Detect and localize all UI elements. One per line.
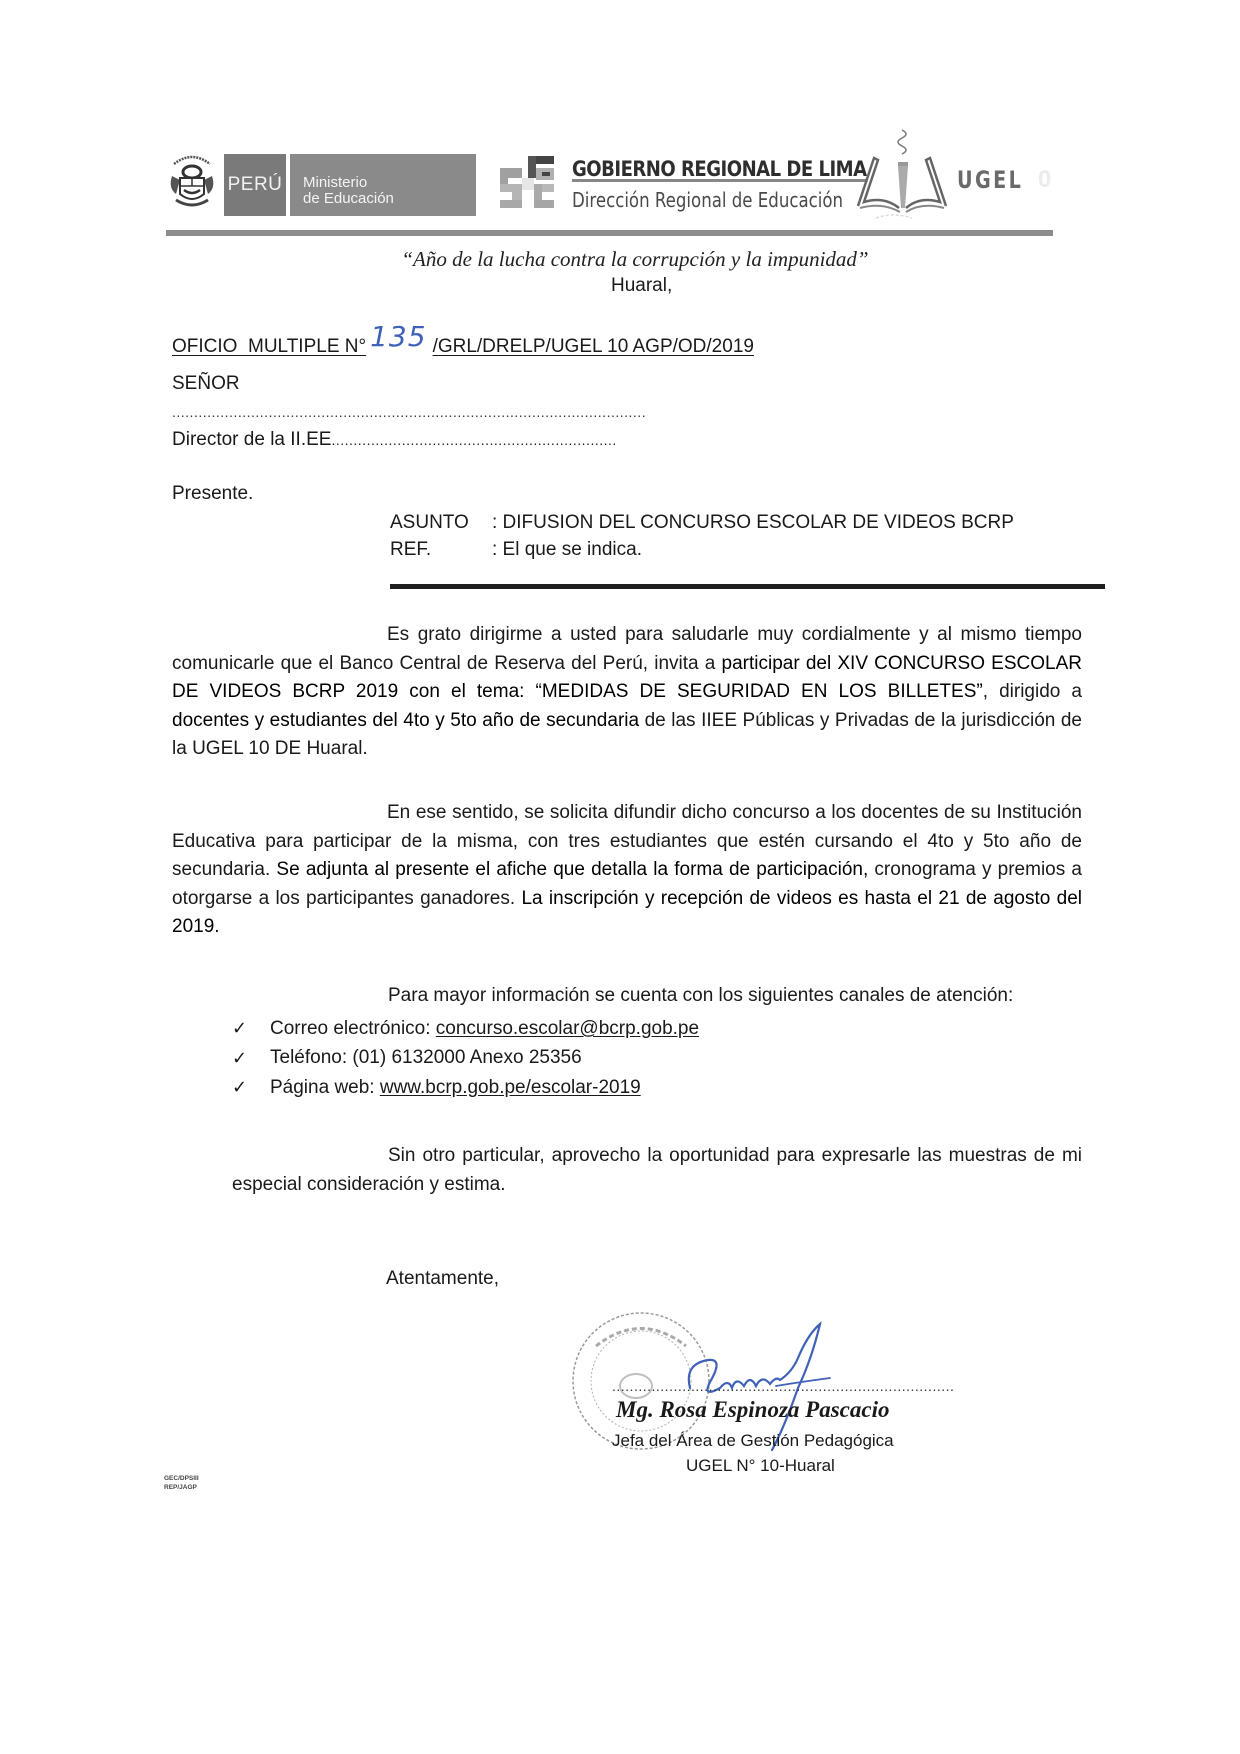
presente: Presente.	[172, 483, 253, 505]
signature-line: ........................................…	[612, 1378, 954, 1394]
initials-line-1: GEC/DPSIII	[164, 1474, 199, 1483]
paragraph-invitation: Es grato dirigirme a usted para saludarl…	[172, 621, 1082, 764]
ugel-wordmark: UGEL	[957, 166, 1023, 194]
contact-item-phone: ✓ Teléfono: (01) 6132000 Anexo 25356	[232, 1044, 699, 1074]
contact-label: Teléfono:	[270, 1047, 352, 1069]
reference-label: REF.	[390, 539, 431, 561]
check-icon: ✓	[232, 1048, 270, 1069]
check-icon: ✓	[232, 1077, 270, 1098]
paragraph-emphasis: docentes y estudiantes del 4to y 5to año…	[172, 710, 639, 731]
reference-value: : El que se indica.	[492, 539, 642, 561]
contact-channels-list: ✓ Correo electrónico: concurso.escolar@b…	[232, 1014, 699, 1103]
paragraph-emphasis: Se adjunta al presente el afiche que det…	[276, 859, 868, 880]
signatory-unit: UGEL N° 10-Huaral	[686, 1456, 835, 1476]
ministry-line-1: Ministerio	[303, 175, 476, 191]
recipient-role: Director de la II.EE....................…	[172, 429, 617, 451]
place-and-date: Huaral,	[611, 275, 672, 297]
ministry-line-2: de Educación	[303, 191, 476, 207]
recipient-name-blank: ........................................…	[172, 404, 646, 420]
ministry-brand-block: Ministerio de Educación	[290, 154, 476, 216]
header-divider	[166, 230, 1053, 236]
recipient-role-blank: ........................................…	[331, 432, 616, 448]
contact-label: Correo electrónico:	[270, 1018, 436, 1040]
paragraph-request: En ese sentido, se solicita difundir dic…	[172, 799, 1082, 942]
paragraph-farewell: Sin otro particular, aprovecho la oportu…	[232, 1142, 1082, 1199]
peru-brand-block: PERÚ	[224, 154, 286, 216]
paragraph-contact-intro: Para mayor información se cuenta con los…	[388, 985, 1013, 1007]
subject-label: ASUNTO	[390, 512, 469, 534]
ugel-number-faint: 0	[1038, 166, 1051, 194]
email-link[interactable]: concurso.escolar@bcrp.gob.pe	[436, 1018, 699, 1040]
contact-item-email: ✓ Correo electrónico: concurso.escolar@b…	[232, 1014, 699, 1044]
check-icon: ✓	[232, 1018, 270, 1039]
peru-label: PERÚ	[228, 174, 283, 196]
peru-coat-of-arms-logo	[166, 150, 218, 212]
ugel-book-torch-logo	[854, 126, 954, 226]
signatory-name: Mg. Rosa Espinoza Pascacio	[616, 1397, 889, 1423]
paragraph-text: , dirigido a	[983, 681, 1082, 702]
contact-item-website: ✓ Página web: www.bcrp.gob.pe/escolar-20…	[232, 1073, 699, 1103]
subject-divider	[390, 584, 1105, 589]
subject-value: : DIFUSION DEL CONCURSO ESCOLAR DE VIDEO…	[492, 512, 1014, 534]
website-link[interactable]: www.bcrp.gob.pe/escolar-2019	[380, 1077, 641, 1099]
reference-initials: GEC/DPSIII REP/JAGP	[164, 1474, 199, 1492]
oficio-prefix: OFICIO MULTIPLE N°	[172, 336, 366, 357]
recipient-salutation: SEÑOR	[172, 373, 240, 395]
oficio-reference: OFICIO MULTIPLE N°135/GRL/DRELP/UGEL 10 …	[172, 326, 754, 359]
oficio-suffix: /GRL/DRELP/UGEL 10 AGP/OD/2019	[433, 336, 754, 357]
closing-salutation: Atentamente,	[386, 1268, 499, 1290]
signatory-title: Jefa del Área de Gestión Pedagógica	[612, 1431, 894, 1451]
recipient-role-label: Director de la II.EE	[172, 429, 331, 450]
regional-government-title: GOBIERNO REGIONAL DE LIMA	[572, 157, 867, 181]
initials-line-2: REP/JAGP	[164, 1483, 199, 1492]
oficio-number-handwritten: 135	[370, 320, 426, 353]
regional-education-directorate: Dirección Regional de Educación	[572, 188, 843, 212]
paragraph-text: Sin otro particular, aprovecho la oportu…	[232, 1145, 1082, 1195]
contact-label: Página web:	[270, 1077, 380, 1099]
regional-government-logo	[498, 154, 558, 216]
phone-number: (01) 6132000 Anexo 25356	[352, 1047, 581, 1069]
year-motto: “Año de la lucha contra la corrupción y …	[0, 247, 1240, 272]
